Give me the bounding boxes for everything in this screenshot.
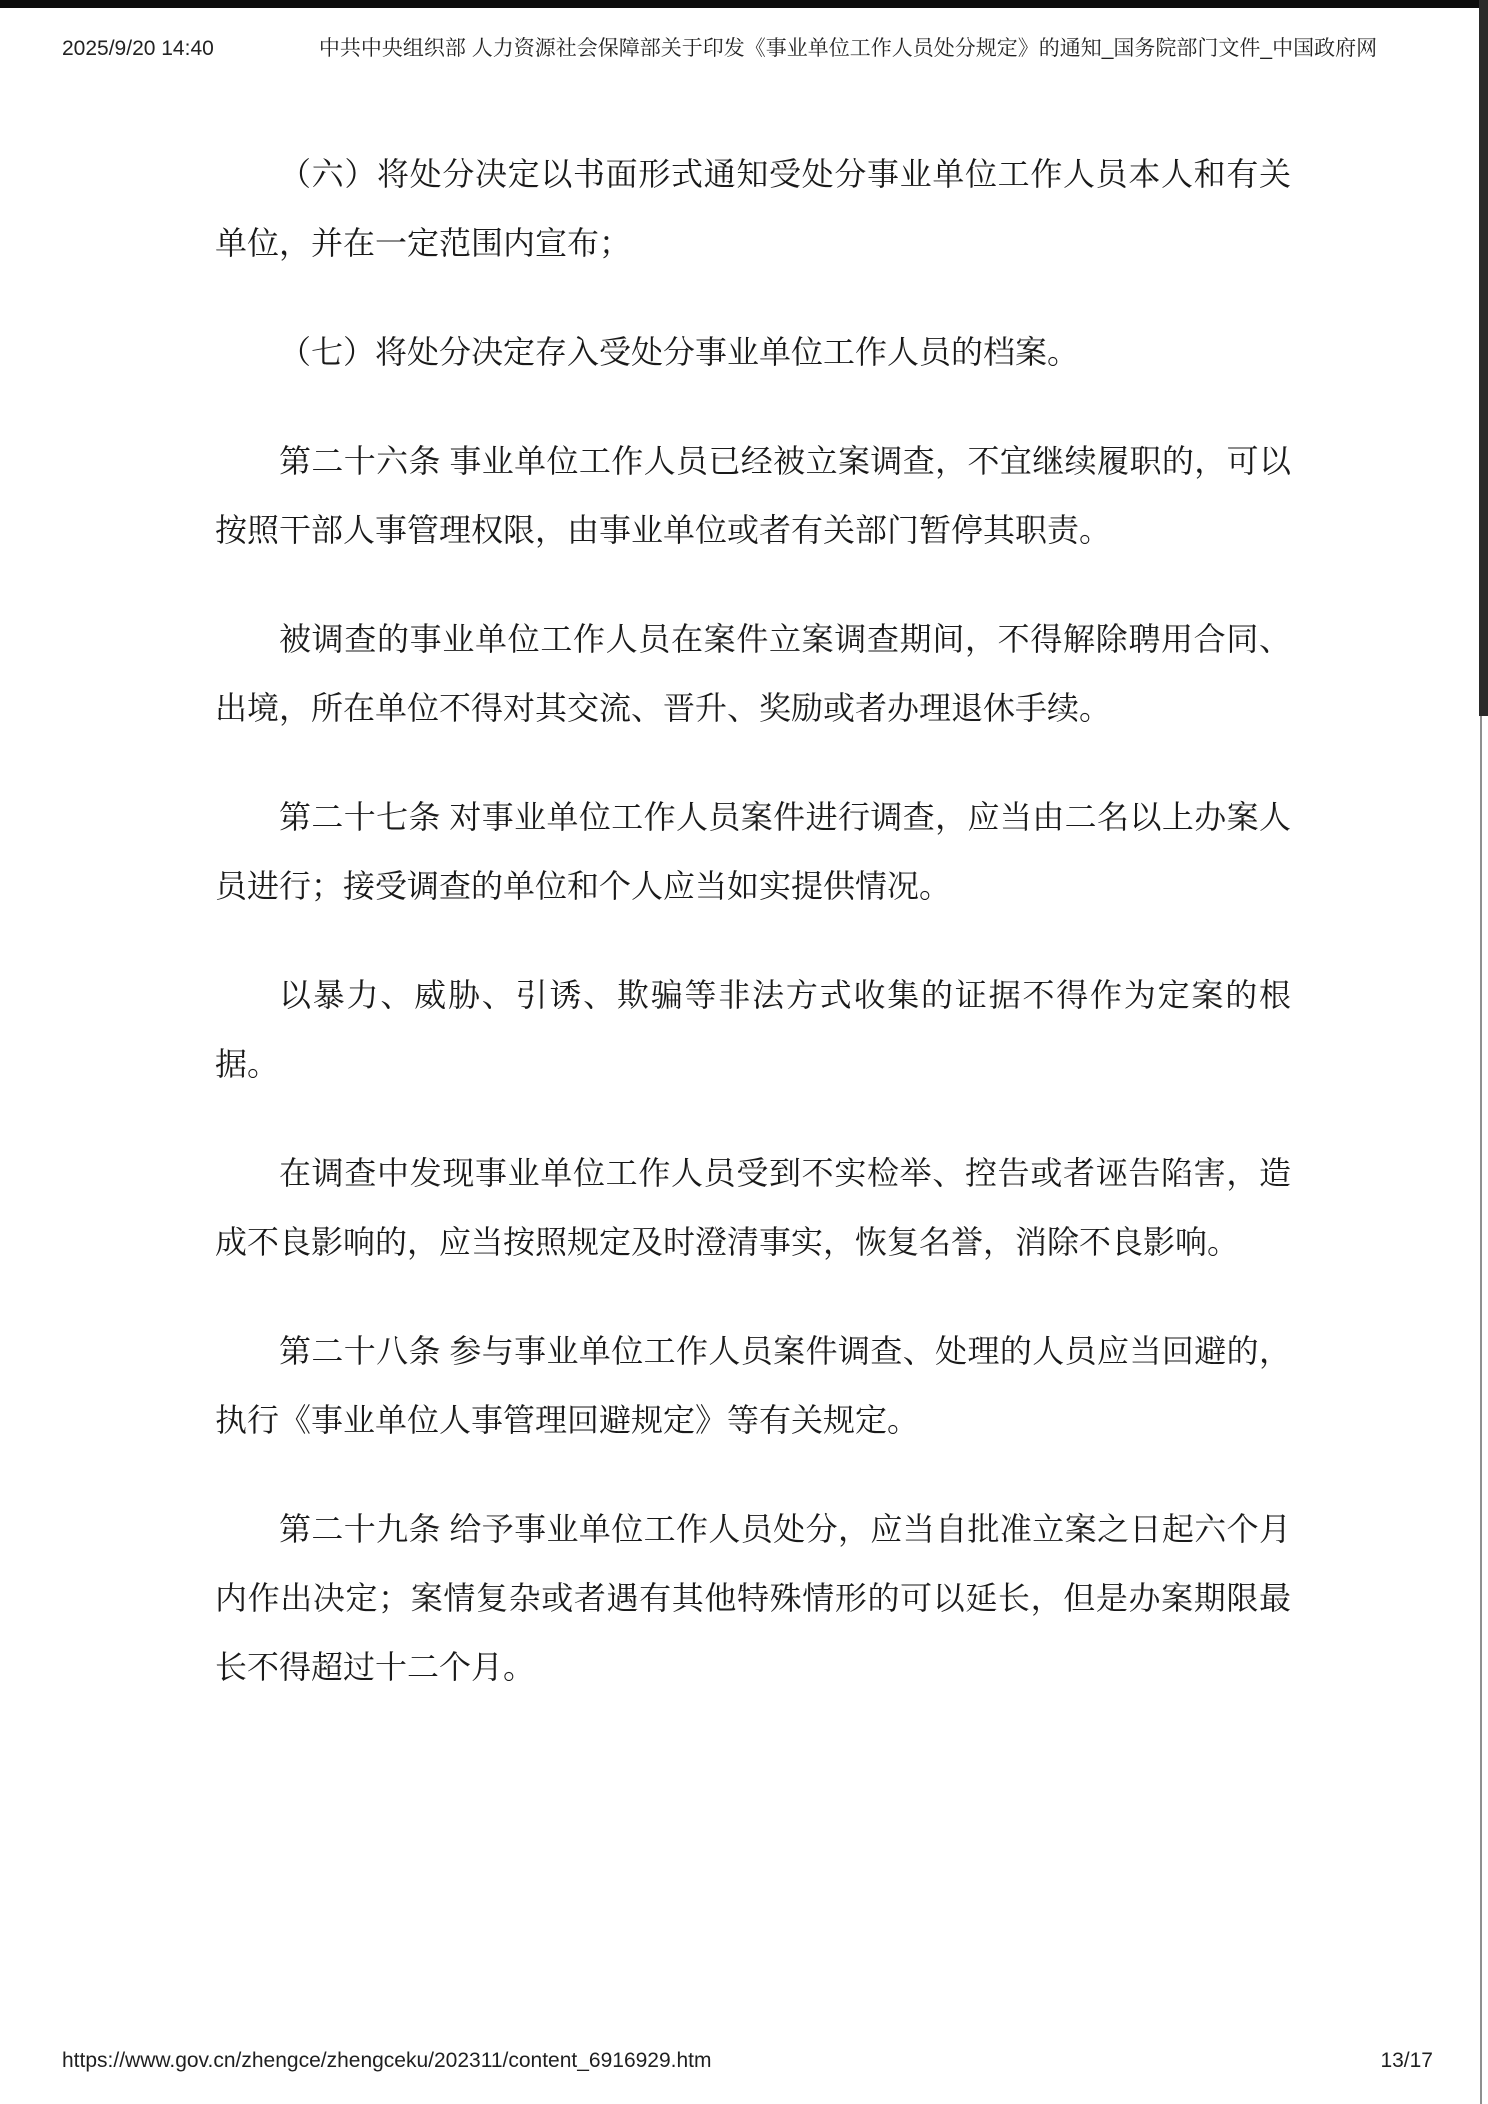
document-body: （六）将处分决定以书面形式通知受处分事业单位工作人员本人和有关单位，并在一定范围… [215, 140, 1291, 1742]
document-paragraph: 被调查的事业单位工作人员在案件立案调查期间，不得解除聘用合同、出境，所在单位不得… [215, 605, 1291, 743]
document-paragraph: 第二十九条 给予事业单位工作人员处分，应当自批准立案之日起六个月内作出决定；案情… [215, 1495, 1291, 1702]
document-paragraph: 第二十六条 事业单位工作人员已经被立案调查，不宜继续履职的，可以按照干部人事管理… [215, 427, 1291, 565]
print-header: 2025/9/20 14:40 中共中央组织部 人力资源社会保障部关于印发《事业… [62, 36, 1422, 62]
source-url: https://www.gov.cn/zhengce/zhengceku/202… [62, 2048, 712, 2074]
scrollbar-edge [1479, 0, 1488, 716]
document-paragraph: （七）将处分决定存入受处分事业单位工作人员的档案。 [215, 318, 1291, 387]
document-paragraph: （六）将处分决定以书面形式通知受处分事业单位工作人员本人和有关单位，并在一定范围… [215, 140, 1291, 278]
print-preview-page: 2025/9/20 14:40 中共中央组织部 人力资源社会保障部关于印发《事业… [0, 0, 1488, 2104]
document-paragraph: 第二十七条 对事业单位工作人员案件进行调查，应当由二名以上办案人员进行；接受调查… [215, 783, 1291, 921]
page-number: 13/17 [1380, 2048, 1433, 2074]
print-timestamp: 2025/9/20 14:40 [62, 36, 274, 62]
window-top-edge [0, 0, 1488, 8]
document-paragraph: 在调查中发现事业单位工作人员受到不实检举、控告或者诬告陷害，造成不良影响的，应当… [215, 1139, 1291, 1277]
print-footer: https://www.gov.cn/zhengce/zhengceku/202… [62, 2048, 1433, 2074]
document-title: 中共中央组织部 人力资源社会保障部关于印发《事业单位工作人员处分规定》的通知_国… [274, 36, 1422, 62]
document-paragraph: 第二十八条 参与事业单位工作人员案件调查、处理的人员应当回避的，执行《事业单位人… [215, 1317, 1291, 1455]
document-paragraph: 以暴力、威胁、引诱、欺骗等非法方式收集的证据不得作为定案的根据。 [215, 961, 1291, 1099]
